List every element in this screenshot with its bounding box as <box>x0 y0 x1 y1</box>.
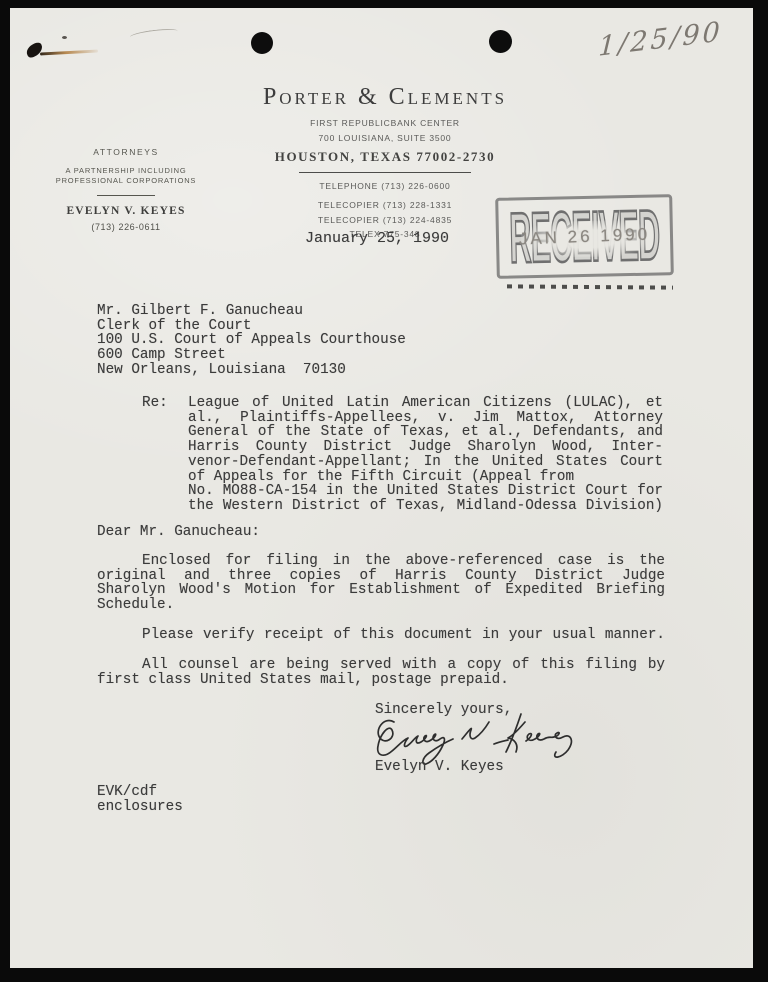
body-line: Enclosed for filing in the above-referen… <box>97 554 665 569</box>
letterhead-phone-line: TELEPHONE (713) 226-0600 <box>258 179 512 193</box>
letterhead: Porter & Clements FIRST REPUBLICBANK CEN… <box>258 84 512 241</box>
firm-name: Porter & Clements <box>258 84 512 111</box>
attorney-phone: (713) 226-0611 <box>40 222 212 232</box>
handwritten-date: 1/25/90 <box>598 16 724 63</box>
attorneys-block: ATTORNEYS A PARTNERSHIP INCLUDINGPROFESS… <box>40 147 212 232</box>
recipient-address-line: 600 Camp Street <box>97 348 406 363</box>
letterhead-street: 700 LOUISIANA, SUITE 3500 <box>258 131 512 146</box>
re-subject-line: Harris County District Judge Sharolyn Wo… <box>188 440 663 455</box>
recipient-address: Mr. Gilbert F. GanucheauClerk of the Cou… <box>97 304 406 378</box>
body-line: first class United States mail, postage … <box>97 673 665 688</box>
body-line: Schedule. <box>97 598 665 613</box>
attorneys-label: ATTORNEYS <box>40 147 212 157</box>
ink-smudge <box>24 41 44 59</box>
re-label: Re: <box>142 396 168 411</box>
re-subject-line: League of United Latin American Citizens… <box>188 396 663 411</box>
letterhead-phone-line: TELECOPIER (713) 228-1331 <box>258 198 512 212</box>
letterhead-phone-line: TELECOPIER (713) 224-4835 <box>258 213 512 227</box>
re-subject-line: the Western District of Texas, Midland-O… <box>188 499 663 514</box>
re-subject-block: League of United Latin American Citizens… <box>188 396 663 514</box>
re-subject-line: of Appeals for the Fifth Circuit (Appeal… <box>188 470 663 485</box>
attorney-name: EVELYN V. KEYES <box>40 205 212 217</box>
attorneys-divider <box>97 195 155 196</box>
body-paragraph-2: Please verify receipt of this document i… <box>97 628 665 643</box>
re-subject-line: venor-Defendant-Appellant; In the United… <box>188 455 663 470</box>
signature <box>370 708 580 766</box>
typed-signature-name: Evelyn V. Keyes <box>375 760 504 775</box>
body-paragraph-3: All counsel are being served with a copy… <box>97 658 665 687</box>
received-stamp-dashed-line <box>507 284 673 289</box>
enclosures-note: enclosures <box>97 800 183 815</box>
letterhead-city: HOUSTON, TEXAS 77002-2730 <box>258 149 512 165</box>
body-line: Please verify receipt of this document i… <box>97 628 665 643</box>
letterhead-building: FIRST REPUBLICBANK CENTER <box>258 116 512 131</box>
partnership-note-line: A PARTNERSHIP INCLUDING <box>40 166 212 176</box>
body-line: All counsel are being served with a copy… <box>97 658 665 673</box>
pencil-squiggle <box>130 27 179 41</box>
partnership-note: A PARTNERSHIP INCLUDINGPROFESSIONAL CORP… <box>40 166 212 186</box>
recipient-address-line: Mr. Gilbert F. Ganucheau <box>97 304 406 319</box>
salutation: Dear Mr. Ganucheau: <box>97 525 260 540</box>
body-line: Sharolyn Wood's Motion for Establishment… <box>97 583 665 598</box>
ink-dot <box>62 36 67 39</box>
letter-date: January 25, 1990 <box>305 232 449 247</box>
partnership-note-line: PROFESSIONAL CORPORATIONS <box>40 176 212 186</box>
letter-page: 1/25/90 Porter & Clements FIRST REPUBLIC… <box>10 8 753 968</box>
reference-initials: EVK/cdf <box>97 785 157 800</box>
hole-punch-right-icon <box>489 30 512 53</box>
recipient-address-line: 100 U.S. Court of Appeals Courthouse <box>97 333 406 348</box>
re-subject-line: General of the State of Texas, et al., D… <box>188 425 663 440</box>
body-paragraph-1: Enclosed for filing in the above-referen… <box>97 554 665 613</box>
hole-punch-left-icon <box>251 32 273 54</box>
ink-smudge-streak <box>40 49 98 55</box>
re-subject-line: No. MO88-CA-154 in the United States Dis… <box>188 484 663 499</box>
recipient-address-line: New Orleans, Louisiana 70130 <box>97 363 406 378</box>
letterhead-divider <box>299 172 471 173</box>
received-stamp: RECEIVED JAN 26 1990 <box>495 194 674 279</box>
